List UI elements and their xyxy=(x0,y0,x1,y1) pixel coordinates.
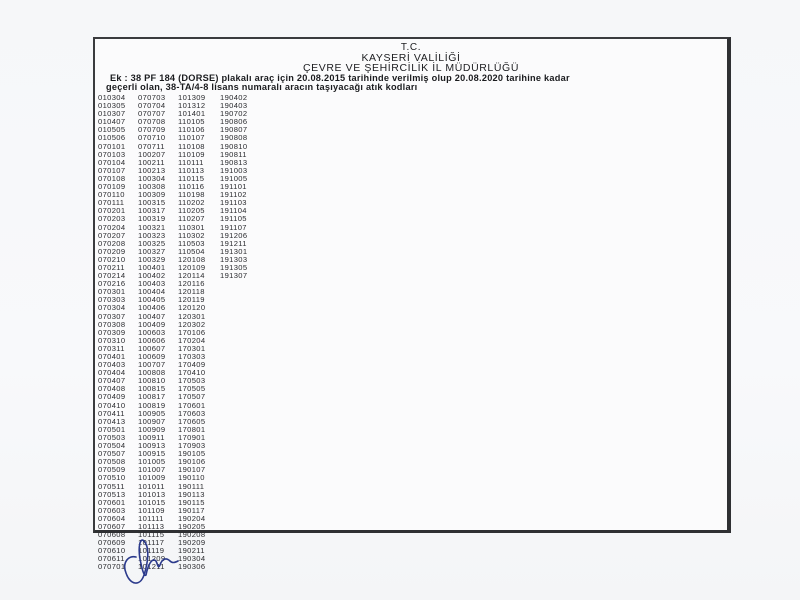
signature-icon xyxy=(118,535,188,590)
waste-code xyxy=(220,450,260,458)
waste-code xyxy=(220,393,260,401)
annex-line-2: geçerli olan, 38-TA/4-8 lisans numaralı … xyxy=(106,83,710,92)
waste-code xyxy=(220,507,260,515)
document-frame: T.C. KAYSERİ VALİLİĞİ ÇEVRE VE ŞEHİRCİLİ… xyxy=(93,37,731,533)
waste-code xyxy=(220,304,260,312)
waste-code xyxy=(220,313,260,321)
waste-code xyxy=(220,369,260,377)
waste-code xyxy=(220,329,260,337)
waste-code xyxy=(220,539,260,547)
waste-code xyxy=(220,434,260,442)
waste-code xyxy=(220,547,260,555)
waste-code xyxy=(220,377,260,385)
waste-codes-table: 0103040707031013091904020103050707041013… xyxy=(98,94,260,572)
waste-code: 191307 xyxy=(220,272,260,280)
waste-code xyxy=(220,523,260,531)
waste-code xyxy=(220,402,260,410)
waste-code xyxy=(220,321,260,329)
waste-code xyxy=(220,515,260,523)
waste-code xyxy=(220,353,260,361)
waste-code xyxy=(220,442,260,450)
header-directorate: ÇEVRE VE ŞEHİRCİLİK İL MÜDÜRLÜĞÜ xyxy=(95,63,727,73)
waste-code xyxy=(220,466,260,474)
waste-code xyxy=(220,474,260,482)
waste-code xyxy=(220,563,260,571)
waste-code xyxy=(220,499,260,507)
waste-code xyxy=(220,555,260,563)
waste-code xyxy=(220,483,260,491)
scanned-page: T.C. KAYSERİ VALİLİĞİ ÇEVRE VE ŞEHİRCİLİ… xyxy=(0,0,800,600)
waste-code xyxy=(220,426,260,434)
waste-code xyxy=(220,345,260,353)
annex-description: Ek : 38 PF 184 (DORSE) plakalı araç için… xyxy=(110,74,710,93)
waste-code xyxy=(220,385,260,393)
waste-code xyxy=(220,296,260,304)
waste-code xyxy=(220,288,260,296)
waste-code xyxy=(220,491,260,499)
waste-code xyxy=(220,280,260,288)
waste-code xyxy=(220,361,260,369)
waste-code xyxy=(220,337,260,345)
waste-code xyxy=(220,458,260,466)
document-header: T.C. KAYSERİ VALİLİĞİ ÇEVRE VE ŞEHİRCİLİ… xyxy=(95,43,727,73)
waste-code xyxy=(220,410,260,418)
waste-code xyxy=(220,418,260,426)
waste-code xyxy=(220,531,260,539)
